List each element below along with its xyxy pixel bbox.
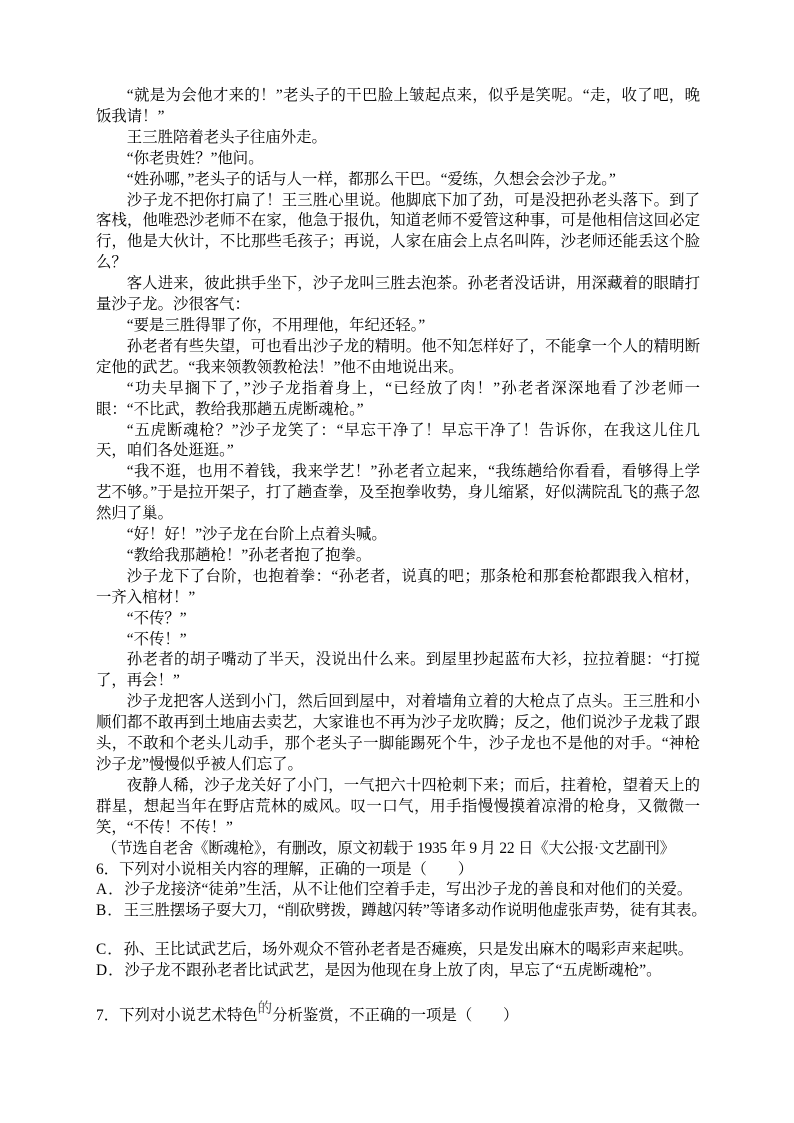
- question-6-options-ab: A．沙子龙接济“徒弟”生活，从不让他们空着手走，写出沙子龙的善良和对他们的关爱。…: [96, 880, 700, 922]
- story-paragraph: “教给我那趟枪！”孙老者抱了抱拳。: [96, 546, 700, 567]
- story-paragraph: 客人进来，彼此拱手坐下，沙子龙叫三胜去泡茶。孙老者没话讲，用深藏着的眼睛打量沙子…: [96, 274, 700, 316]
- option-text: 孙、王比试武艺后，场外观众不管孙老者是否瘫痪，只是发出麻木的喝彩声来起哄。: [124, 941, 693, 958]
- option-text: 王三胜摆场子耍大刀，“削砍劈拨，蹲越闪转”等诸多动作说明他虚张声势，徒有其表。: [124, 902, 707, 919]
- question-7-raised-char: 的: [258, 1001, 273, 1017]
- story-paragraph: “功夫早搁下了，”沙子龙指着身上，“已经放了肉！”孙老者深深地看了沙老师一眼：“…: [96, 379, 700, 421]
- option-item: B．王三胜摆场子耍大刀，“削砍劈拨，蹲越闪转”等诸多动作说明他虚张声势，徒有其表…: [96, 901, 700, 922]
- story-paragraph: “你老贵姓？”他问。: [96, 149, 700, 170]
- story-paragraph: 孙老者有些失望，可也看出沙子龙的精明。他不知怎样好了，不能拿一个人的精明断定他的…: [96, 337, 700, 379]
- story-paragraph: 王三胜陪着老头子往庙外走。: [96, 128, 700, 149]
- question-6-text: 下列对小说相关内容的理解，正确的一项是（ ）: [119, 861, 473, 878]
- option-text: 沙子龙不跟孙老者比试武艺，是因为他现在身上放了肉，早忘了“五虎断魂枪”。: [125, 962, 662, 979]
- story-text: “就是为会他才来的！”老头子的干巴脸上皱起点来，似乎是笑呢。“走，收了吧，晚饭我…: [96, 86, 700, 860]
- story-paragraph: 沙子龙下了台阶，也抱着拳：“孙老者，说真的吧；那条枪和那套枪都跟我入棺材，一齐入…: [96, 567, 700, 609]
- question-6-options-cd: C．孙、王比试武艺后，场外观众不管孙老者是否瘫痪，只是发出麻木的喝彩声来起哄。 …: [96, 940, 700, 982]
- option-item: C．孙、王比试武艺后，场外观众不管孙老者是否瘫痪，只是发出麻木的喝彩声来起哄。: [96, 940, 700, 961]
- option-label: D．: [96, 962, 125, 979]
- story-paragraph: “就是为会他才来的！”老头子的干巴脸上皱起点来，似乎是笑呢。“走，收了吧，晚饭我…: [96, 86, 700, 128]
- option-item: A．沙子龙接济“徒弟”生活，从不让他们空着手走，写出沙子龙的善良和对他们的关爱。: [96, 880, 700, 901]
- document-page: “就是为会他才来的！”老头子的干巴脸上皱起点来，似乎是笑呢。“走，收了吧，晚饭我…: [0, 0, 794, 1123]
- blank-gap: [96, 922, 700, 940]
- story-paragraph: 夜静人稀，沙子龙关好了小门，一气把六十四枪刺下来；而后，拄着枪，望着天上的群星，…: [96, 776, 700, 839]
- question-7-number: 7．: [96, 1007, 119, 1024]
- blank-gap: [96, 982, 700, 1006]
- option-text: 沙子龙接济“徒弟”生活，从不让他们空着手走，写出沙子龙的善良和对他们的关爱。: [125, 881, 693, 898]
- question-7-text-before: 下列对小说艺术特色: [119, 1007, 258, 1024]
- story-paragraph: “要是三胜得罪了你，不用理他，年纪还轻。”: [96, 316, 700, 337]
- option-label: A．: [96, 881, 125, 898]
- question-6-number: 6．: [96, 861, 119, 878]
- story-paragraph: “不传！”: [96, 630, 700, 651]
- story-paragraph: 沙子龙不把你打扁了！王三胜心里说。他脚底下加了劲，可是没把孙老头落下。到了客栈，…: [96, 191, 700, 275]
- question-7-text-after: 分析鉴赏，不正确的一项是（ ）: [272, 1007, 518, 1024]
- option-label: C．: [96, 941, 124, 958]
- story-paragraphs: “就是为会他才来的！”老头子的干巴脸上皱起点来，似乎是笑呢。“走，收了吧，晚饭我…: [96, 86, 700, 839]
- story-paragraph: 沙子龙把客人送到小门，然后回到屋中，对着墙角立着的大枪点了点头。王三胜和小顺们都…: [96, 692, 700, 776]
- option-item: D．沙子龙不跟孙老者比试武艺，是因为他现在身上放了肉，早忘了“五虎断魂枪”。: [96, 961, 700, 982]
- option-label: B．: [96, 902, 124, 919]
- story-paragraph: “不传？”: [96, 609, 700, 630]
- question-7: 7．下列对小说艺术特色的分析鉴赏，不正确的一项是（ ）: [96, 1006, 700, 1027]
- story-paragraph: “我不逛，也用不着钱，我来学艺！”孙老者立起来，“我练趟给你看看，看够得上学艺不…: [96, 462, 700, 525]
- story-paragraph: “五虎断魂枪？”沙子龙笑了：“早忘干净了！早忘干净了！告诉你，在我这儿住几天，咱…: [96, 421, 700, 463]
- story-paragraph: “好！好！”沙子龙在台阶上点着头喊。: [96, 525, 700, 546]
- question-6: 6．下列对小说相关内容的理解，正确的一项是（ ）: [96, 860, 700, 881]
- story-paragraph: “姓孙哪，”老头子的话与人一样，都那么干巴。“爱练，久想会会沙子龙。”: [96, 170, 700, 191]
- citation-line: （节选自老舍《断魂枪》，有删改，原文初载于 1935 年 9 月 22 日《大公…: [96, 839, 700, 860]
- story-paragraph: 孙老者的胡子嘴动了半天，没说出什么来。到屋里抄起蓝布大衫，拉拉着腿：“打搅了，再…: [96, 650, 700, 692]
